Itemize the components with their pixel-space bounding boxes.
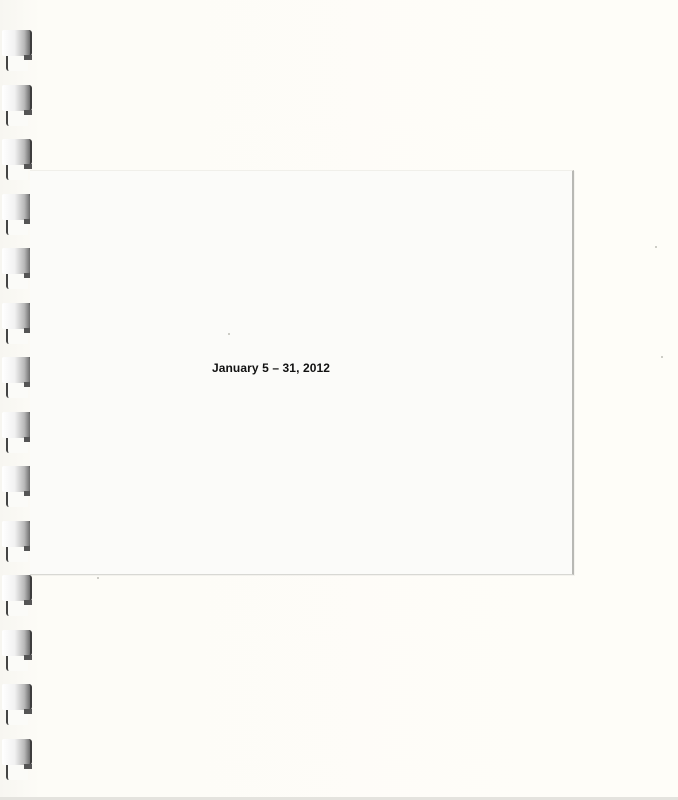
- spiral-coil-icon: [2, 30, 32, 64]
- spiral-coil-icon: [2, 194, 32, 228]
- spiral-coil-icon: [2, 630, 32, 664]
- spiral-coil-icon: [2, 575, 32, 609]
- spiral-coil-icon: [2, 248, 32, 282]
- mounted-card: January 5 – 31, 2012: [30, 170, 574, 575]
- coil-front-loop: [2, 194, 32, 220]
- paper-speck: [661, 356, 663, 358]
- paper-speck: [655, 246, 657, 248]
- coil-front-loop: [2, 684, 32, 710]
- coil-front-loop: [2, 303, 32, 329]
- date-range-text: January 5 – 31, 2012: [0, 361, 542, 375]
- coil-front-loop: [2, 466, 32, 492]
- coil-front-loop: [2, 521, 32, 547]
- spiral-coil-icon: [2, 466, 32, 500]
- paper-speck: [228, 333, 230, 335]
- paper-speck: [97, 577, 99, 579]
- coil-front-loop: [2, 30, 32, 56]
- spiral-coil-icon: [2, 684, 32, 718]
- coil-front-loop: [2, 575, 32, 601]
- spiral-coil-icon: [2, 139, 32, 173]
- coil-front-loop: [2, 139, 32, 165]
- spiral-coil-icon: [2, 521, 32, 555]
- coil-front-loop: [2, 739, 32, 765]
- spiral-binding: [0, 0, 34, 800]
- spiral-coil-icon: [2, 739, 32, 773]
- coil-front-loop: [2, 85, 32, 111]
- coil-front-loop: [2, 412, 32, 438]
- notebook-page: January 5 – 31, 2012: [0, 0, 678, 800]
- spiral-coil-icon: [2, 85, 32, 119]
- coil-front-loop: [2, 248, 32, 274]
- spiral-coil-icon: [2, 412, 32, 446]
- spiral-coil-icon: [2, 303, 32, 337]
- coil-front-loop: [2, 630, 32, 656]
